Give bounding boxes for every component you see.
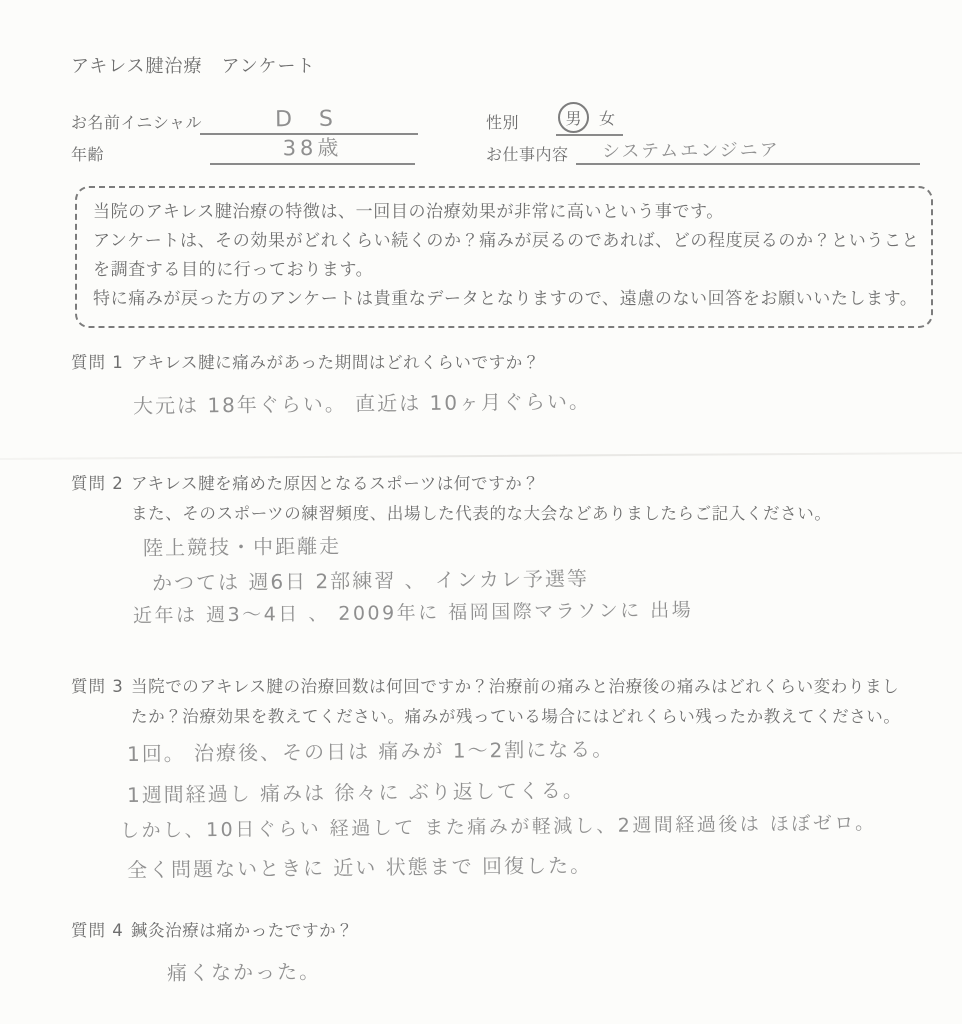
question-1-label: 質問 1 bbox=[71, 349, 124, 373]
question-3-handwritten-answer: 1週間経過し 痛みは 徐々に ぶり返してくる。 bbox=[127, 774, 585, 808]
age-label: 年齢 bbox=[71, 142, 104, 165]
job-field: システムエンジニア bbox=[576, 135, 920, 165]
question-2-text: アキレス腱を痛めた原因となるスポーツは何ですか？ bbox=[131, 470, 539, 494]
gender-male-circled: 男 bbox=[558, 102, 589, 133]
question-4-text: 鍼灸治療は痛かったですか？ bbox=[131, 917, 353, 941]
notice-line: を調査する目的に行っております。 bbox=[93, 256, 917, 285]
question-4-handwritten-answer: 痛くなかった。 bbox=[167, 955, 321, 986]
question-2-text: また、そのスポーツの練習頻度、出場した代表的な大会などありましたらご記入ください… bbox=[131, 500, 831, 524]
notice-line: 特に痛みが戻った方のアンケートは貴重なデータとなりますので、遠慮のない回答をお願… bbox=[93, 285, 917, 314]
question-2-handwritten-answer: かつては 週6日 2部練習 、 インカレ予選等 bbox=[152, 562, 589, 596]
age-field: 38歳 bbox=[210, 135, 415, 165]
question-3-text: 当院でのアキレス腱の治療回数は何回ですか？治療前の痛みと治療後の痛みはどれくらい… bbox=[131, 673, 899, 697]
question-2-handwritten-answer: 近年は 週3〜4日 、 2009年に 福岡国際マラソンに 出場 bbox=[133, 595, 693, 628]
question-1-handwritten-answer: 大元は 18年ぐらい。 直近は 10ヶ月ぐらい。 bbox=[133, 385, 591, 419]
notice-line: アンケートは、その効果がどれくらい続くのか？痛みが戻るのであれば、どの程度戻るの… bbox=[93, 227, 917, 256]
name-initial-value: D S bbox=[200, 106, 418, 133]
question-3-text: たか？治療効果を教えてください。痛みが残っている場合にはどれくらい残ったか教えて… bbox=[131, 703, 901, 727]
notice-line: 当院のアキレス腱治療の特徴は、一回目の治療効果が非常に高いという事です。 bbox=[93, 198, 917, 227]
notice-box: 当院のアキレス腱治療の特徴は、一回目の治療効果が非常に高いという事です。 アンケ… bbox=[75, 186, 933, 328]
name-initial-label: お名前イニシャル bbox=[71, 110, 202, 133]
job-value: システムエンジニア bbox=[576, 134, 920, 163]
gender-choices: 男 女 bbox=[556, 103, 623, 136]
question-3-handwritten-answer: しかし、10日ぐらい 経過して また痛みが軽減し、2週間経過後は ほぼゼロ。 bbox=[120, 808, 877, 843]
gender-label: 性別 bbox=[486, 110, 519, 133]
question-3-handwritten-answer: 全く問題ないときに 近い 状態まで 回復した。 bbox=[127, 849, 592, 883]
paper-crease bbox=[0, 452, 962, 460]
question-3-handwritten-answer: 1回。 治療後、その日は 痛みが 1〜2割になる。 bbox=[127, 733, 615, 767]
question-2-label: 質問 2 bbox=[71, 470, 124, 494]
question-2-handwritten-answer: 陸上競技・中距離走 bbox=[143, 530, 341, 561]
page-title: アキレス腱治療 アンケート bbox=[71, 52, 315, 78]
scanned-questionnaire-page: アキレス腱治療 アンケート お名前イニシャル D S 性別 男 女 年齢 38歳… bbox=[0, 0, 962, 1024]
gender-female: 女 bbox=[599, 106, 615, 129]
job-label: お仕事内容 bbox=[486, 142, 569, 165]
age-value: 38歳 bbox=[210, 131, 415, 163]
question-1-text: アキレス腱に痛みがあった期間はどれくらいですか？ bbox=[131, 349, 540, 373]
question-3-label: 質問 3 bbox=[71, 673, 124, 697]
question-4-label: 質問 4 bbox=[71, 917, 124, 941]
